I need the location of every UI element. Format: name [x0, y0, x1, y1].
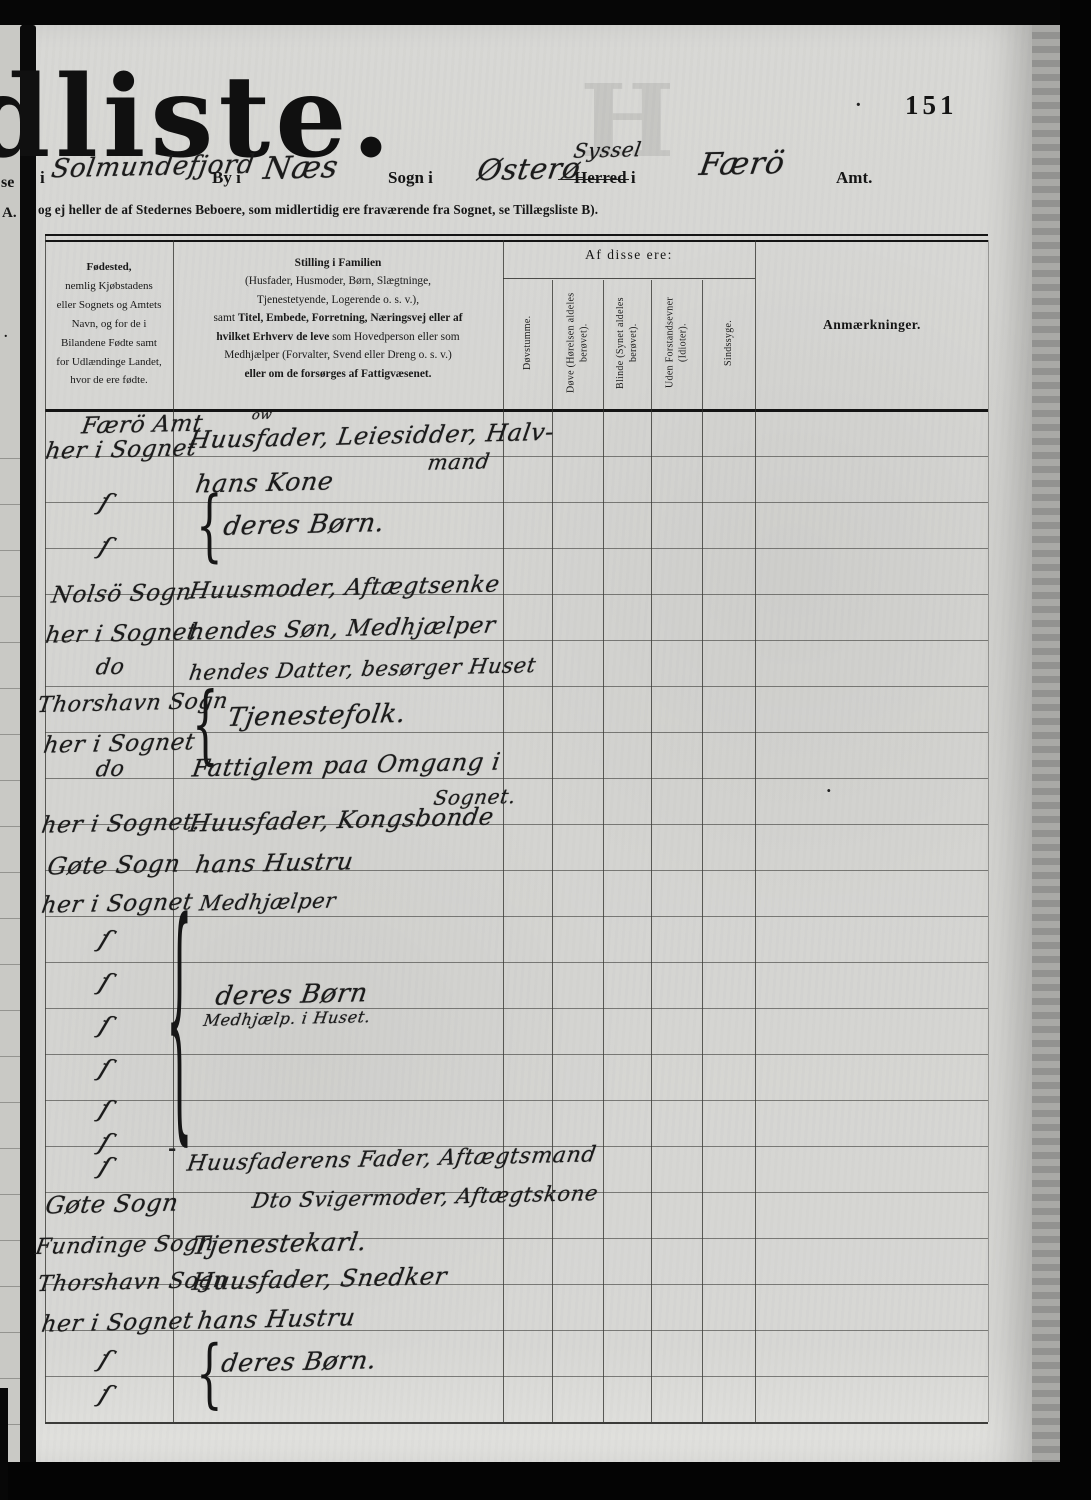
margin-row-line [0, 872, 20, 873]
birthplace-line: hvor de ere fødte. [46, 371, 172, 390]
position-line-part: hvilket Erhverv de leve [216, 331, 329, 343]
handwritten-text: her i Sognet. [40, 809, 203, 839]
form-note: og ej heller de af Stedernes Beboere, so… [38, 202, 598, 218]
position-line-part: samt [214, 312, 238, 324]
scan-edge-bottom [0, 1462, 1091, 1500]
column-header-insane: Sindssyge. [703, 283, 754, 403]
handwritten-text: Medhjælper [198, 888, 338, 915]
row-brace: { [166, 900, 193, 1140]
ink-speck: · [855, 94, 862, 117]
margin-row-line [0, 964, 20, 965]
margin-row-line [0, 550, 20, 551]
table-right-edge-rule [988, 240, 989, 1422]
group-header-underline [503, 278, 755, 279]
margin-row-line [0, 1194, 20, 1195]
amt-label: Amt. [836, 168, 872, 188]
handwritten-syssel-correction: Syssel [572, 137, 643, 163]
table-vertical-rule [603, 280, 604, 1422]
handwritten-city: Solmundefjord [49, 150, 257, 185]
scan-edge-gray [1032, 25, 1060, 1462]
position-line: hvilket Erhverv de leve som Hovedperson … [174, 328, 502, 346]
column-header-deaf-mute: Døvstumme. [504, 283, 551, 403]
ink-mark: · [826, 781, 832, 800]
margin-row-line [0, 1010, 20, 1011]
column-header-birthplace: Fødested, nemlig Kjøbstadens eller Sogne… [46, 258, 172, 390]
margin-row-line [0, 826, 20, 827]
position-line: Tjenestetyende, Logerende o. s. v.), [174, 291, 502, 309]
handwritten-text: her i Sognet [44, 435, 199, 464]
handwritten-text: Huusfader, Snedker [190, 1262, 449, 1296]
birthplace-line: nemlig Kjøbstadens [46, 277, 172, 296]
margin-row-line [0, 1102, 20, 1103]
handwritten-text: her i Sognet [44, 619, 199, 648]
handwritten-text: Fundinge Sogn [34, 1231, 216, 1260]
margin-row-line [0, 688, 20, 689]
handwritten-text: her i Sognet [42, 729, 197, 758]
table-vertical-rule [552, 280, 553, 1422]
row-brace: { [196, 1339, 223, 1409]
handwritten-text: deres Børn. [219, 1345, 378, 1377]
handwritten-text: do [94, 655, 126, 681]
group-header-af-disse-ere: Af disse ere: [503, 247, 755, 263]
margin-row-line [0, 1240, 20, 1241]
handwritten-herred-value: Østerø [475, 151, 583, 187]
table-vertical-rule [503, 240, 504, 1422]
page-number: 151 [905, 90, 958, 121]
handwritten-text: Tjenestekarl. [190, 1227, 369, 1260]
handwritten-text: mand [426, 449, 492, 474]
position-line: (Husfader, Husmoder, Børn, Slægtninge, [174, 272, 502, 290]
cutoff-text-dot: . [4, 326, 8, 342]
table-row-line [45, 1422, 988, 1424]
margin-row-line [0, 734, 20, 735]
margin-row-line [0, 1332, 20, 1333]
watermark-letter: H [580, 62, 674, 180]
ink-mark: - [168, 1136, 176, 1160]
birthplace-line: Fødested, [87, 261, 132, 273]
column-header-blind: Blinde (Synet aldeles berøvet). [604, 283, 650, 403]
column-header-deaf: Døve (Hørelsen aldeles berøvet). [553, 283, 602, 403]
column-header-idiots: Uden Forstandsevner (Idioter). [652, 283, 701, 403]
margin-row-line [0, 780, 20, 781]
margin-row-line [0, 1056, 20, 1057]
handwritten-text: Medhjælp. i Huset. [202, 1007, 372, 1030]
scan-edge-bottom-left [0, 1388, 8, 1500]
row-brace: { [196, 490, 223, 562]
census-page-scan: dliste. H · 151 se A. . i Solmundefjord … [0, 0, 1091, 1500]
margin-row-line [0, 1148, 20, 1149]
table-row-line [45, 548, 988, 549]
handwritten-text: Tjenestefolk. [225, 699, 408, 733]
table-row-line [45, 1376, 988, 1377]
handwritten-text: ow [251, 408, 274, 423]
margin-row-line [0, 642, 20, 643]
table-vertical-rule [755, 240, 756, 1422]
position-line: Stilling i Familien [295, 257, 382, 269]
position-line: eller om de forsørges af Fattigvæsenet. [244, 368, 431, 380]
table-row-line [45, 686, 988, 687]
margin-row-line [0, 1378, 20, 1379]
handwritten-text: do [94, 757, 126, 783]
position-line-part: Titel, Embede, Forretning, Næringsvej el… [238, 312, 463, 324]
birthplace-line: for Udlændinge Landet, [46, 353, 172, 372]
previous-page-edge [0, 25, 22, 1462]
margin-row-line [0, 596, 20, 597]
position-line: samt Titel, Embede, Forretning, Næringsv… [174, 309, 502, 327]
column-header-remarks: Anmærkninger. [756, 317, 988, 333]
double-rule-top [45, 234, 988, 236]
handwritten-text: Gøte Sogn [44, 1189, 181, 1220]
book-spine-fold [20, 25, 36, 1500]
table-row-line [45, 778, 988, 779]
margin-row-line [0, 504, 20, 505]
handwritten-amt-value: Færö [697, 145, 787, 183]
position-line-part: som Hovedperson eller som [329, 331, 459, 343]
margin-row-line [0, 458, 20, 459]
handwritten-text: Gøte Sogn [46, 850, 183, 881]
table-row-line [45, 502, 988, 503]
double-rule-bottom [45, 240, 988, 242]
handwritten-parish: Næs [261, 149, 341, 187]
margin-row-line [0, 1286, 20, 1287]
handwritten-text: her i Sognet [40, 1308, 195, 1337]
handwritten-text: hans Hustru [194, 847, 356, 879]
handwritten-text: deres Børn. [221, 508, 386, 542]
cutoff-text-a: A. [2, 205, 17, 222]
birthplace-line: eller Sognets og Amtets [46, 296, 172, 315]
birthplace-line: Navn, og for de i [46, 315, 172, 334]
position-line: Medhjælper (Forvalter, Svend eller Dreng… [174, 346, 502, 364]
birthplace-line: Bilandene Fødte samt [46, 334, 172, 353]
scan-edge-right [1060, 0, 1091, 1500]
handwritten-text: Nolsö Sogn [50, 579, 194, 608]
table-vertical-rule [651, 280, 652, 1422]
table-vertical-rule [702, 280, 703, 1422]
margin-row-line [0, 918, 20, 919]
column-header-position: Stilling i Familien (Husfader, Husmoder,… [174, 254, 502, 383]
